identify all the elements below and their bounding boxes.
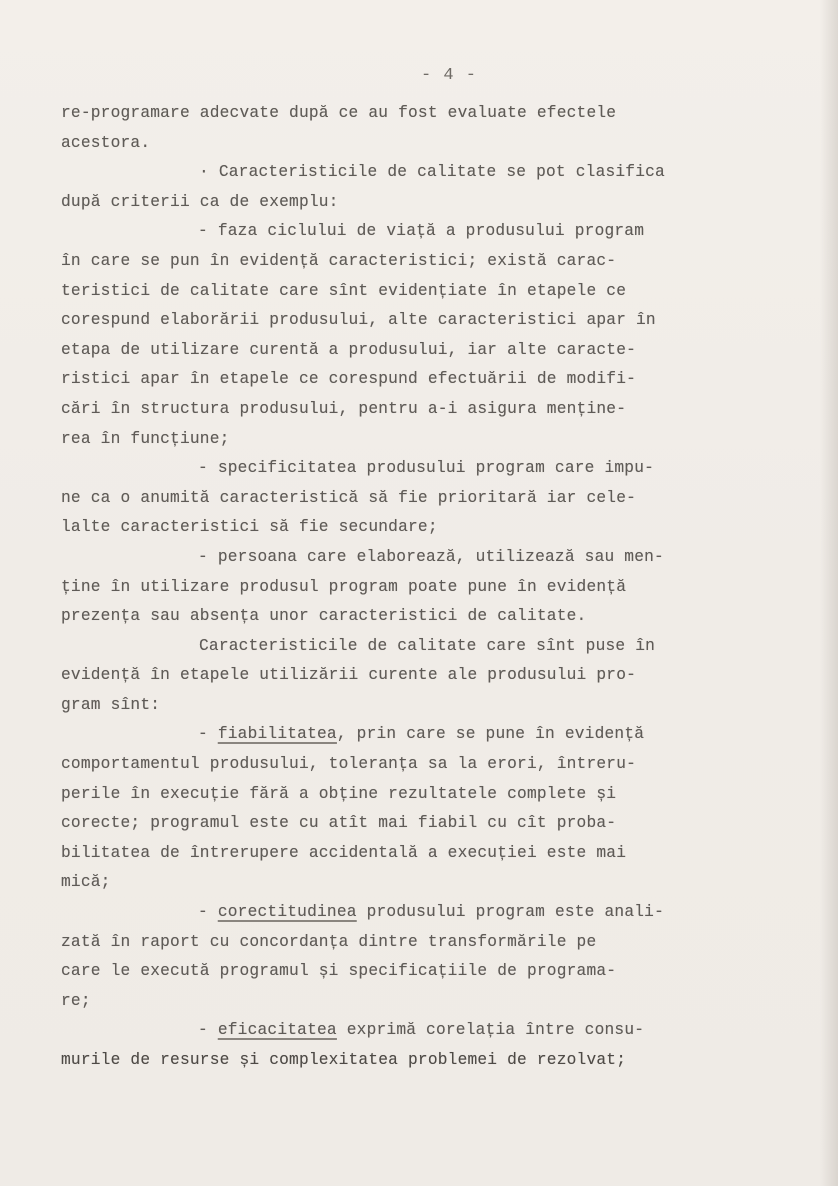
text-line: etapa de utilizare curentă a produsului,… xyxy=(61,336,781,366)
text-line: - fiabilitatea, prin care se pune în evi… xyxy=(61,720,781,750)
text-line: evidență în etapele utilizării curente a… xyxy=(61,661,781,691)
text-line: re-programare adecvate după ce au fost e… xyxy=(61,99,781,129)
term-description: , prin care se pune în evidență xyxy=(337,725,644,743)
text-line: - eficacitatea exprimă corelația între c… xyxy=(61,1016,781,1046)
text-line: comportamentul produsului, toleranța sa … xyxy=(61,750,781,780)
text-line: murile de resurse și complexitatea probl… xyxy=(61,1046,781,1076)
term-description: exprimă corelația între consu- xyxy=(337,1021,644,1039)
text-line: zată în raport cu concordanța dintre tra… xyxy=(61,928,781,958)
text-line: lalte caracteristici să fie secundare; xyxy=(61,513,781,543)
text-line: Caracteristicile de calitate care sînt p… xyxy=(61,632,781,662)
text-line: corespund elaborării produsului, alte ca… xyxy=(61,306,781,336)
document-page: - 4 - re-programare adecvate după ce au … xyxy=(0,0,838,1186)
text-line: bilitatea de întrerupere accidentală a e… xyxy=(61,839,781,869)
list-dash: - xyxy=(198,1021,218,1039)
text-line: - specificitatea produsului program care… xyxy=(61,454,781,484)
underlined-term: eficacitatea xyxy=(218,1021,337,1039)
text-line: rea în funcțiune; xyxy=(61,425,781,455)
page-number: - 4 - xyxy=(0,66,838,85)
term-description: produsului program este anali- xyxy=(357,903,664,921)
text-line: acestora. xyxy=(61,129,781,159)
list-dash: - xyxy=(198,903,218,921)
text-line: prezența sau absența unor caracteristici… xyxy=(61,602,781,632)
text-line: mică; xyxy=(61,868,781,898)
text-line: - faza ciclului de viață a produsului pr… xyxy=(61,217,781,247)
text-line: cări în structura produsului, pentru a-i… xyxy=(61,395,781,425)
text-line: · Caracteristicile de calitate se pot cl… xyxy=(61,158,781,188)
document-body: re-programare adecvate după ce au fost e… xyxy=(61,99,781,1076)
text-line: în care se pun în evidență caracteristic… xyxy=(61,247,781,277)
text-line: ține în utilizare produsul program poate… xyxy=(61,573,781,603)
text-line: perile în execuție fără a obține rezulta… xyxy=(61,780,781,810)
text-line: - corectitudinea produsului program este… xyxy=(61,898,781,928)
list-dash: - xyxy=(198,725,218,743)
text-line: care le execută programul și specificați… xyxy=(61,957,781,987)
underlined-term: corectitudinea xyxy=(218,903,357,921)
text-line: ristici apar în etapele ce corespund efe… xyxy=(61,365,781,395)
text-line: - persoana care elaborează, utilizează s… xyxy=(61,543,781,573)
text-line: gram sînt: xyxy=(61,691,781,721)
text-line: ne ca o anumită caracteristică să fie pr… xyxy=(61,484,781,514)
text-line: re; xyxy=(61,987,781,1017)
text-line: corecte; programul este cu atît mai fiab… xyxy=(61,809,781,839)
underlined-term: fiabilitatea xyxy=(218,725,337,743)
text-line: după criterii ca de exemplu: xyxy=(61,188,781,218)
text-line: teristici de calitate care sînt evidenți… xyxy=(61,277,781,307)
